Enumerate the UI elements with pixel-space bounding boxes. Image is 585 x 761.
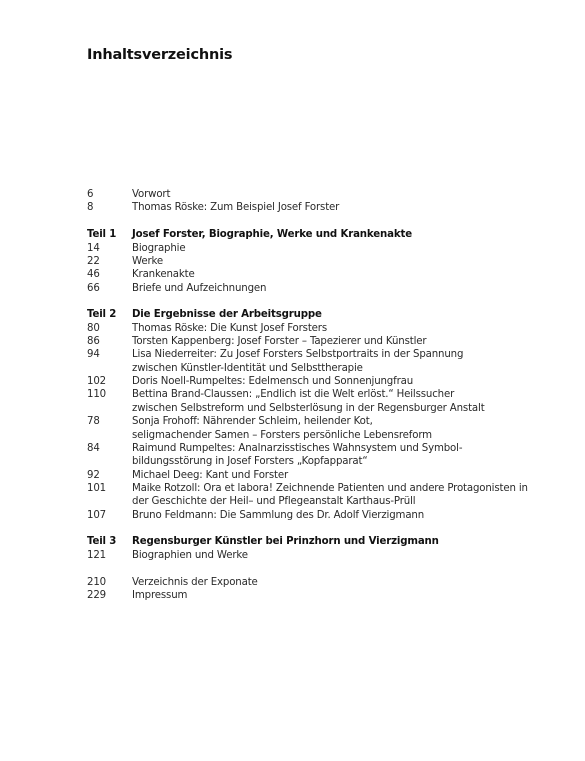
page-number: 121 [87,549,132,562]
toc-section: Teil 2Die Ergebnisse der Arbeitsgruppe80… [87,308,547,522]
toc-entry: 78Sonja Frohoff: Nährender Schleim, heil… [87,415,547,442]
entry-title: Michael Deeg: Kant und Forster [132,469,547,482]
page-number: 66 [87,282,132,295]
entry-title: Sonja Frohoff: Nährender Schleim, heilen… [132,415,547,442]
toc-entry: 110Bettina Brand-Claussen: „Endlich ist … [87,388,547,415]
toc-entry: 8Thomas Röske: Zum Beispiel Josef Forste… [87,201,547,214]
entry-title: Verzeichnis der Exponate [132,576,547,589]
entry-title: Raimund Rumpeltes: Analnarzisstisches Wa… [132,442,547,469]
page-number: 210 [87,576,132,589]
toc-entry: 6Vorwort [87,188,547,201]
page-number: 101 [87,482,132,509]
entry-title: Thomas Röske: Zum Beispiel Josef Forster [132,201,547,214]
part-label: Teil 3 [87,535,132,548]
part-title: Die Ergebnisse der Arbeitsgruppe [132,308,547,321]
page-number: 80 [87,322,132,335]
toc-part-heading: Teil 1Josef Forster, Biographie, Werke u… [87,228,547,241]
entry-title: Krankenakte [132,268,547,281]
toc-part-heading: Teil 3Regensburger Künstler bei Prinzhor… [87,535,547,548]
toc-entry: 107Bruno Feldmann: Die Sammlung des Dr. … [87,509,547,522]
toc-entry: 101Maike Rotzoll: Ora et labora! Zeichne… [87,482,547,509]
page-title: Inhaltsverzeichnis [87,47,232,63]
entry-title: Maike Rotzoll: Ora et labora! Zeichnende… [132,482,547,509]
toc-section: Teil 1Josef Forster, Biographie, Werke u… [87,228,547,295]
entry-title: Biographien und Werke [132,549,547,562]
entry-title: Torsten Kappenberg: Josef Forster – Tape… [132,335,547,348]
toc-part-heading: Teil 2Die Ergebnisse der Arbeitsgruppe [87,308,547,321]
part-title: Josef Forster, Biographie, Werke und Kra… [132,228,547,241]
part-label: Teil 1 [87,228,132,241]
page-number: 107 [87,509,132,522]
page-number: 92 [87,469,132,482]
entry-title: Bettina Brand-Claussen: „Endlich ist die… [132,388,547,415]
toc-section: 210Verzeichnis der Exponate229Impressum [87,576,547,603]
toc-entry: 84Raimund Rumpeltes: Analnarzisstisches … [87,442,547,469]
page-number: 78 [87,415,132,442]
page-number: 94 [87,348,132,375]
page-number: 46 [87,268,132,281]
page-number: 229 [87,589,132,602]
entry-title: Thomas Röske: Die Kunst Josef Forsters [132,322,547,335]
entry-title: Impressum [132,589,547,602]
toc-entry: 94Lisa Niederreiter: Zu Josef Forsters S… [87,348,547,375]
toc-section: Teil 3Regensburger Künstler bei Prinzhor… [87,535,547,562]
entry-title: Biographie [132,242,547,255]
toc-entry: 121Biographien und Werke [87,549,547,562]
page-number: 22 [87,255,132,268]
entry-title: Werke [132,255,547,268]
page-number: 86 [87,335,132,348]
toc-entry: 66Briefe und Aufzeichnungen [87,282,547,295]
part-title: Regensburger Künstler bei Prinzhorn und … [132,535,547,548]
toc-entry: 92Michael Deeg: Kant und Forster [87,469,547,482]
toc-entry: 210Verzeichnis der Exponate [87,576,547,589]
toc-entry: 80Thomas Röske: Die Kunst Josef Forsters [87,322,547,335]
page-number: 6 [87,188,132,201]
toc-entry: 102Doris Noell-Rumpeltes: Edelmensch und… [87,375,547,388]
entry-title: Lisa Niederreiter: Zu Josef Forsters Sel… [132,348,547,375]
toc-entry: 14Biographie [87,242,547,255]
page-number: 14 [87,242,132,255]
toc-entry: 22Werke [87,255,547,268]
page-number: 110 [87,388,132,415]
page-number: 84 [87,442,132,469]
entry-title: Bruno Feldmann: Die Sammlung des Dr. Ado… [132,509,547,522]
toc-entry: 46Krankenakte [87,268,547,281]
toc-entry: 229Impressum [87,589,547,602]
part-label: Teil 2 [87,308,132,321]
entry-title: Vorwort [132,188,547,201]
toc-section: 6Vorwort8Thomas Röske: Zum Beispiel Jose… [87,188,547,215]
page-number: 8 [87,201,132,214]
entry-title: Briefe und Aufzeichnungen [132,282,547,295]
toc-entry: 86Torsten Kappenberg: Josef Forster – Ta… [87,335,547,348]
table-of-contents: 6Vorwort8Thomas Röske: Zum Beispiel Jose… [87,188,547,616]
entry-title: Doris Noell-Rumpeltes: Edelmensch und So… [132,375,547,388]
page-number: 102 [87,375,132,388]
